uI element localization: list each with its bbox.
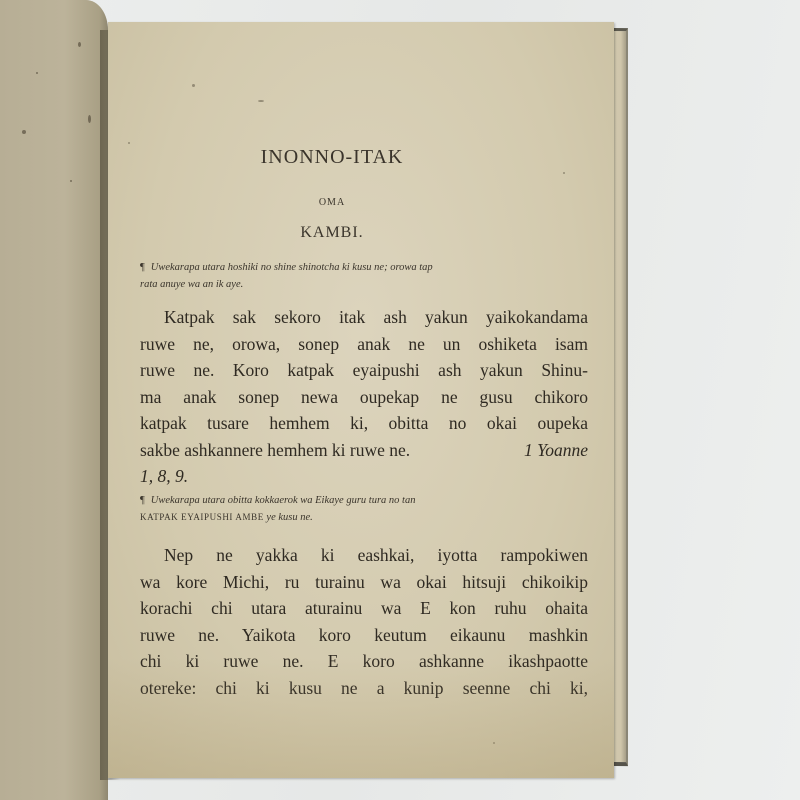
pilcrow-icon: ¶ bbox=[140, 262, 145, 273]
rubric-1: ¶Uwekarapa utara hoshiki no shine shinot… bbox=[140, 259, 580, 293]
left-page-blank bbox=[0, 0, 108, 800]
paragraph-2-line: ruwe ne. Yaikota koro keutum eikaunu mas… bbox=[140, 622, 588, 649]
paper-speck bbox=[192, 84, 195, 87]
paragraph-2-line: otereke: chi ki kusu ne a kunip seenne c… bbox=[140, 675, 588, 702]
paragraph-1-line-with-ref: sakbe ashkannere hemhem ki ruwe ne. 1 Yo… bbox=[140, 437, 588, 464]
page-title: INONNO-ITAK bbox=[148, 146, 516, 169]
rubric-2: ¶Uwekarapa utara obitta kokkaerok wa Eik… bbox=[140, 492, 580, 526]
paragraph-2-line: korachi chi utara aturainu wa E kon ruhu… bbox=[140, 595, 588, 622]
paper-speck bbox=[258, 100, 264, 102]
pilcrow-icon: ¶ bbox=[140, 495, 145, 506]
paragraph-1-line: ma anak sonep newa oupekap ne gusu chiko… bbox=[140, 384, 588, 411]
book-page: INONNO-ITAK OMA KAMBI. ¶Uwekarapa utara … bbox=[108, 22, 614, 778]
page-subtitle: KAMBI. bbox=[148, 224, 516, 242]
page-subtitle-small: OMA bbox=[148, 197, 516, 208]
paragraph-2-line: chi ki ruwe ne. E koro ashkanne ikashpao… bbox=[140, 648, 588, 675]
paper-speck bbox=[88, 115, 91, 123]
paragraph-1-line: Katpak sak sekoro itak ash yakun yaikoka… bbox=[140, 304, 588, 331]
paragraph-1-line: katpak tusare hemhem ki, obitta no okai … bbox=[140, 410, 588, 437]
paper-speck bbox=[36, 72, 38, 74]
paragraph-2: Nep ne yakka ki eashkai, iyotta rampokiw… bbox=[140, 542, 588, 701]
paper-speck bbox=[70, 180, 72, 182]
paragraph-1-line: ruwe ne. Koro katpak eyaipushi ash yakun… bbox=[140, 357, 588, 384]
paragraph-2-line: wa kore Michi, ru turainu wa okai hitsuj… bbox=[140, 569, 588, 596]
rubric-2-smallcaps: KATPAK EYAIPUSHI AMBE bbox=[140, 512, 264, 522]
scripture-reference-cont: 1, 8, 9. bbox=[140, 463, 588, 490]
paper-speck bbox=[78, 42, 81, 47]
paragraph-2-line: Nep ne yakka ki eashkai, iyotta rampokiw… bbox=[140, 542, 588, 569]
paper-speck bbox=[22, 130, 26, 134]
paragraph-1-line: sakbe ashkannere hemhem ki ruwe ne. bbox=[140, 437, 410, 464]
paragraph-1-line: ruwe ne, orowa, sonep anak ne un oshiket… bbox=[140, 331, 588, 358]
paper-speck bbox=[128, 142, 130, 144]
rubric-1-line-1: Uwekarapa utara hoshiki no shine shinotc… bbox=[151, 262, 433, 273]
paper-speck bbox=[563, 172, 565, 174]
paper-speck bbox=[493, 742, 495, 744]
rubric-2-italic: ye kusu ne. bbox=[266, 512, 312, 523]
scripture-reference: 1 Yoanne bbox=[524, 437, 588, 464]
rubric-1-line-2: rata anuye wa an ik aye. bbox=[140, 276, 580, 293]
rubric-2-line-1: Uwekarapa utara obitta kokkaerok wa Eika… bbox=[151, 495, 416, 506]
paragraph-1: Katpak sak sekoro itak ash yakun yaikoka… bbox=[140, 304, 588, 490]
